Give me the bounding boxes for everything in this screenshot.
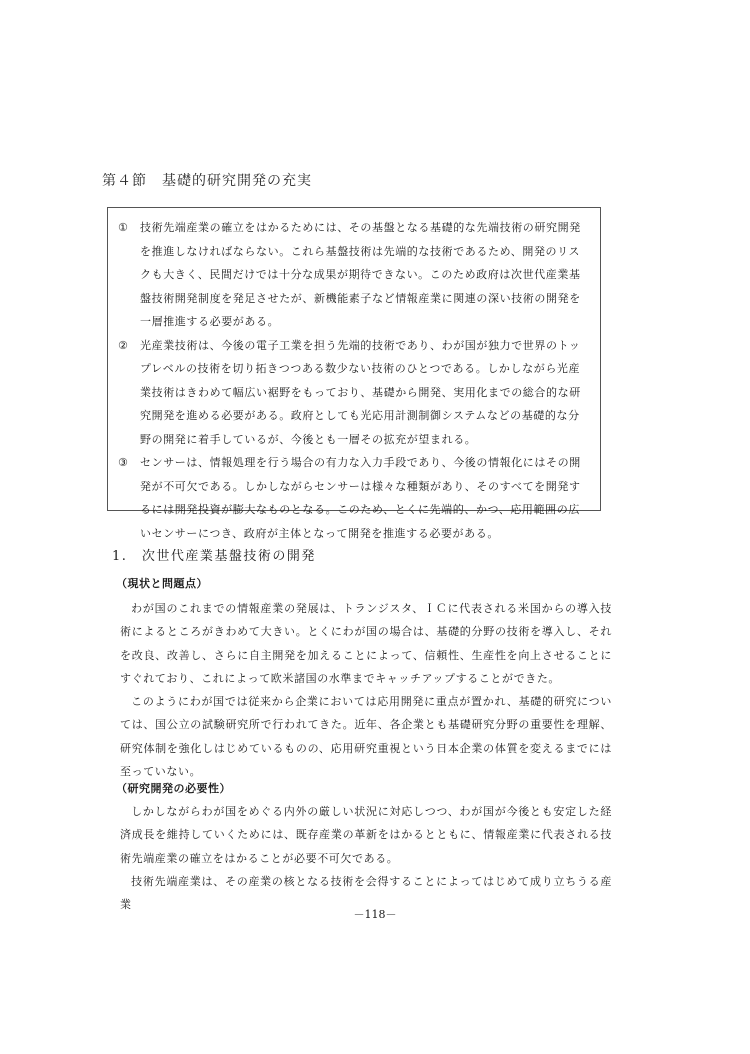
summary-item-3: ③ センサーは、情報処理を行う場合の有力な入力手段であり、今後の情報化にはその開… — [118, 451, 590, 545]
subheading-current-status: （現状と問題点） — [116, 575, 208, 591]
subheading-research-necessity: （研究開発の必要性） — [116, 780, 231, 796]
paragraph: わが国のこれまでの情報産業の発展は、トランジスタ、ＩＣに代表される米国からの導入… — [120, 597, 612, 690]
item-text: 光産業技術は、今後の電子工業を担う先端的技術であり、わが国が独力で世界のトップレ… — [118, 334, 590, 452]
item-marker: ① — [118, 216, 128, 240]
item-text: センサーは、情報処理を行う場合の有力な入力手段であり、今後の情報化にはその開発が… — [118, 451, 590, 545]
item-marker: ② — [118, 334, 128, 358]
summary-item-2: ② 光産業技術は、今後の電子工業を担う先端的技術であり、わが国が独力で世界のトッ… — [118, 334, 590, 452]
document-page: 第４節 基礎的研究開発の充実 ① 技術先端産業の確立をはかるためには、その基盤と… — [0, 0, 750, 1054]
summary-item-1: ① 技術先端産業の確立をはかるためには、その基盤となる基礎的な先端技術の研究開発… — [118, 216, 590, 334]
item-marker: ③ — [118, 451, 128, 475]
paragraph-text: わが国のこれまでの情報産業の発展は、トランジスタ、ＩＣに代表される米国からの導入… — [120, 602, 612, 685]
item-text: 技術先端産業の確立をはかるためには、その基盤となる基礎的な先端技術の研究開発を推… — [118, 216, 590, 334]
page-number: －118－ — [0, 906, 750, 922]
paragraph-text: しかしながらわが国をめぐる内外の厳しい状況に対応しつつ、わが国が今後とも安定した… — [120, 805, 612, 865]
paragraph-text: このようにわが国では従来から企業においては応用開発に重点が置かれ、基礎的研究につ… — [120, 695, 612, 778]
paragraph: このようにわが国では従来から企業においては応用開発に重点が置かれ、基礎的研究につ… — [120, 690, 612, 783]
summary-box: ① 技術先端産業の確立をはかるためには、その基盤となる基礎的な先端技術の研究開発… — [107, 207, 601, 511]
subsection-title: 1. 次世代産業基盤技術の開発 — [112, 545, 316, 564]
section-title: 第４節 基礎的研究開発の充実 — [102, 170, 312, 190]
paragraph: しかしながらわが国をめぐる内外の厳しい状況に対応しつつ、わが国が今後とも安定した… — [120, 800, 612, 870]
